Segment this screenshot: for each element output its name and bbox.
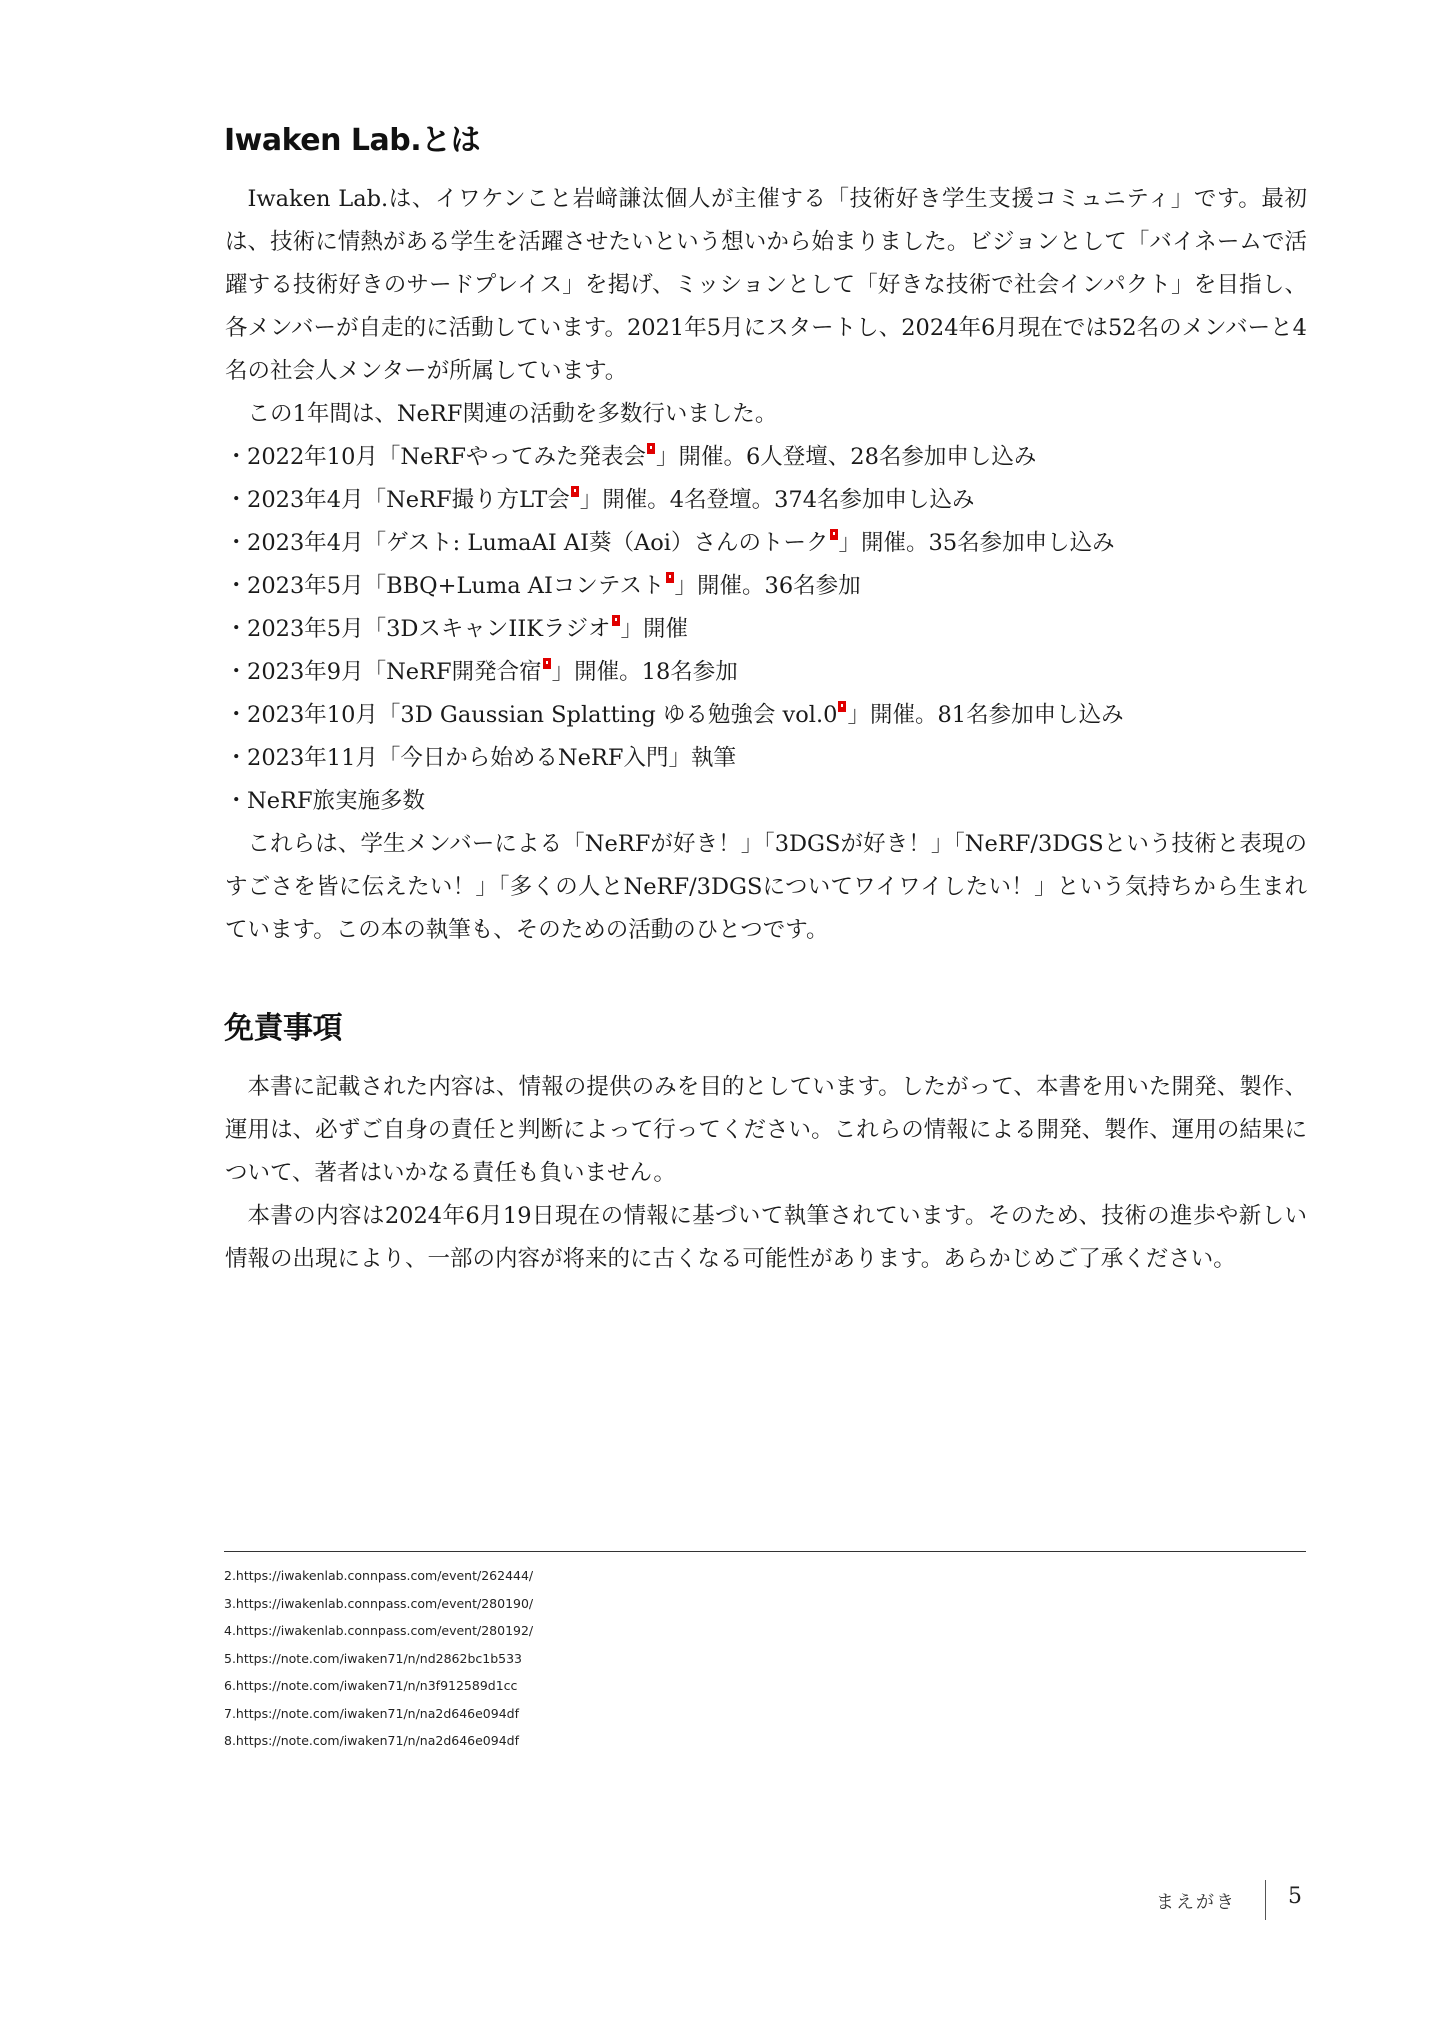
disclaimer-paragraph-1: 本書に記載された内容は、情報の提供のみを目的としています。したがって、本書を用い… bbox=[225, 1066, 1307, 1195]
footnote-5[interactable]: 5.https://note.com/iwaken71/n/nd2862bc1b… bbox=[224, 1645, 533, 1673]
activity-item: 2023年4月「ゲスト: LumaAI AI葵（Aoi）さんのトーク」開催。35… bbox=[247, 522, 1307, 565]
footnote-marker-7[interactable] bbox=[543, 658, 551, 669]
activity-item: 2023年9月「NeRF開発合宿」開催。18名参加 bbox=[247, 651, 1307, 694]
document-page: Iwaken Lab.とは Iwaken Lab.は、イワケンこと岩﨑謙汰個人が… bbox=[0, 0, 1433, 2024]
activity-item: 2022年10月「NeRFやってみた発表会」開催。6人登壇、28名参加申し込み bbox=[247, 436, 1307, 479]
footnote-3[interactable]: 3.https://iwakenlab.connpass.com/event/2… bbox=[224, 1590, 533, 1618]
closing-paragraph: これらは、学生メンバーによる「NeRFが好き！」「3DGSが好き！」「NeRF/… bbox=[225, 823, 1307, 952]
activities-list: 2022年10月「NeRFやってみた発表会」開催。6人登壇、28名参加申し込み … bbox=[225, 436, 1307, 823]
footnote-marker-6[interactable] bbox=[612, 615, 620, 626]
footnote-marker-8[interactable] bbox=[838, 701, 846, 712]
activity-item: 2023年5月「3DスキャンIIKラジオ」開催 bbox=[247, 608, 1307, 651]
running-footer-section-title: まえがき bbox=[1156, 1888, 1236, 1914]
footnote-6[interactable]: 6.https://note.com/iwaken71/n/n3f912589d… bbox=[224, 1672, 533, 1700]
footnote-4[interactable]: 4.https://iwakenlab.connpass.com/event/2… bbox=[224, 1617, 533, 1645]
footnote-marker-5[interactable] bbox=[666, 572, 674, 583]
activities-lead-paragraph: この1年間は、NeRF関連の活動を多数行いました。 bbox=[225, 393, 1307, 436]
footnote-2[interactable]: 2.https://iwakenlab.connpass.com/event/2… bbox=[224, 1562, 533, 1590]
activity-item: 2023年10月「3D Gaussian Splatting ゆる勉強会 vol… bbox=[247, 694, 1307, 737]
footnote-marker-3[interactable] bbox=[571, 486, 579, 497]
section-body-disclaimer: 本書に記載された内容は、情報の提供のみを目的としています。したがって、本書を用い… bbox=[225, 1066, 1307, 1281]
footnote-marker-2[interactable] bbox=[647, 443, 655, 454]
footnote-marker-4[interactable] bbox=[830, 529, 838, 540]
section-body-iwaken-lab: Iwaken Lab.は、イワケンこと岩﨑謙汰個人が主催する「技術好き学生支援コ… bbox=[225, 178, 1307, 952]
disclaimer-paragraph-2: 本書の内容は2024年6月19日現在の情報に基づいて執筆されています。そのため、… bbox=[225, 1195, 1307, 1281]
intro-paragraph: Iwaken Lab.は、イワケンこと岩﨑謙汰個人が主催する「技術好き学生支援コ… bbox=[225, 178, 1307, 393]
section-heading-iwaken-lab: Iwaken Lab.とは bbox=[224, 115, 480, 159]
activity-item: 2023年4月「NeRF撮り方LT会」開催。4名登壇。374名参加申し込み bbox=[247, 479, 1307, 522]
activity-item: 2023年11月「今日から始めるNeRF入門」執筆 bbox=[247, 737, 1307, 780]
footnote-7[interactable]: 7.https://note.com/iwaken71/n/na2d646e09… bbox=[224, 1700, 533, 1728]
page-footer: まえがき 5 bbox=[0, 1880, 1433, 1920]
page-number: 5 bbox=[1288, 1884, 1302, 1909]
footnotes-list: 2.https://iwakenlab.connpass.com/event/2… bbox=[224, 1562, 533, 1755]
activity-item: 2023年5月「BBQ+Luma AIコンテスト」開催。36名参加 bbox=[247, 565, 1307, 608]
footnote-divider bbox=[224, 1551, 1306, 1552]
footnote-8[interactable]: 8.https://note.com/iwaken71/n/na2d646e09… bbox=[224, 1727, 533, 1755]
footer-divider bbox=[1265, 1880, 1266, 1920]
activity-item: NeRF旅実施多数 bbox=[247, 780, 1307, 823]
section-heading-disclaimer: 免責事項 bbox=[224, 1003, 342, 1047]
